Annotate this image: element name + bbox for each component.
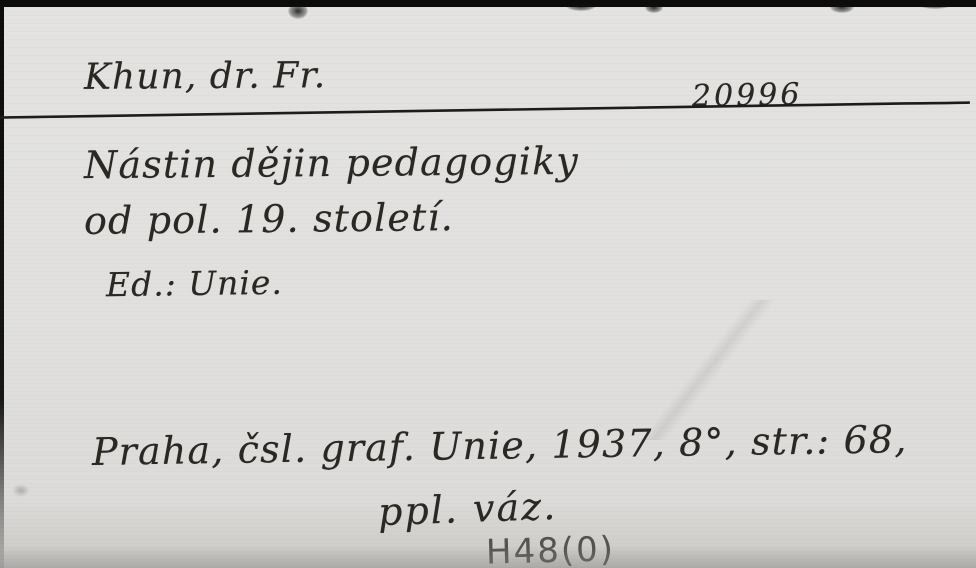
ink-blotch	[566, 1, 596, 11]
handdrawn-rule-line	[0, 101, 970, 119]
ink-blotch	[830, 1, 854, 13]
title-line-2: od pol. 19. století.	[84, 195, 454, 243]
shelfmark: H48(0)	[485, 529, 615, 568]
title-line-1: Nástin dějin pedagogiky	[84, 139, 579, 187]
imprint-line-2: ppl. váz.	[377, 484, 558, 534]
ink-blotch	[918, 0, 952, 9]
ink-blotch	[288, 3, 308, 19]
edition-note: Ed.: Unie.	[106, 263, 283, 304]
catalog-card-scan: Khun, dr. Fr. 20996 Nástin dějin pedagog…	[0, 0, 976, 568]
scan-left-edge	[0, 0, 4, 568]
author-heading: Khun, dr. Fr.	[84, 55, 327, 98]
ink-blotch	[645, 2, 663, 13]
ink-smudge	[12, 484, 30, 497]
imprint-line-1: Praha, čsl. graf. Unie, 1937, 8°, str.: …	[92, 417, 908, 474]
